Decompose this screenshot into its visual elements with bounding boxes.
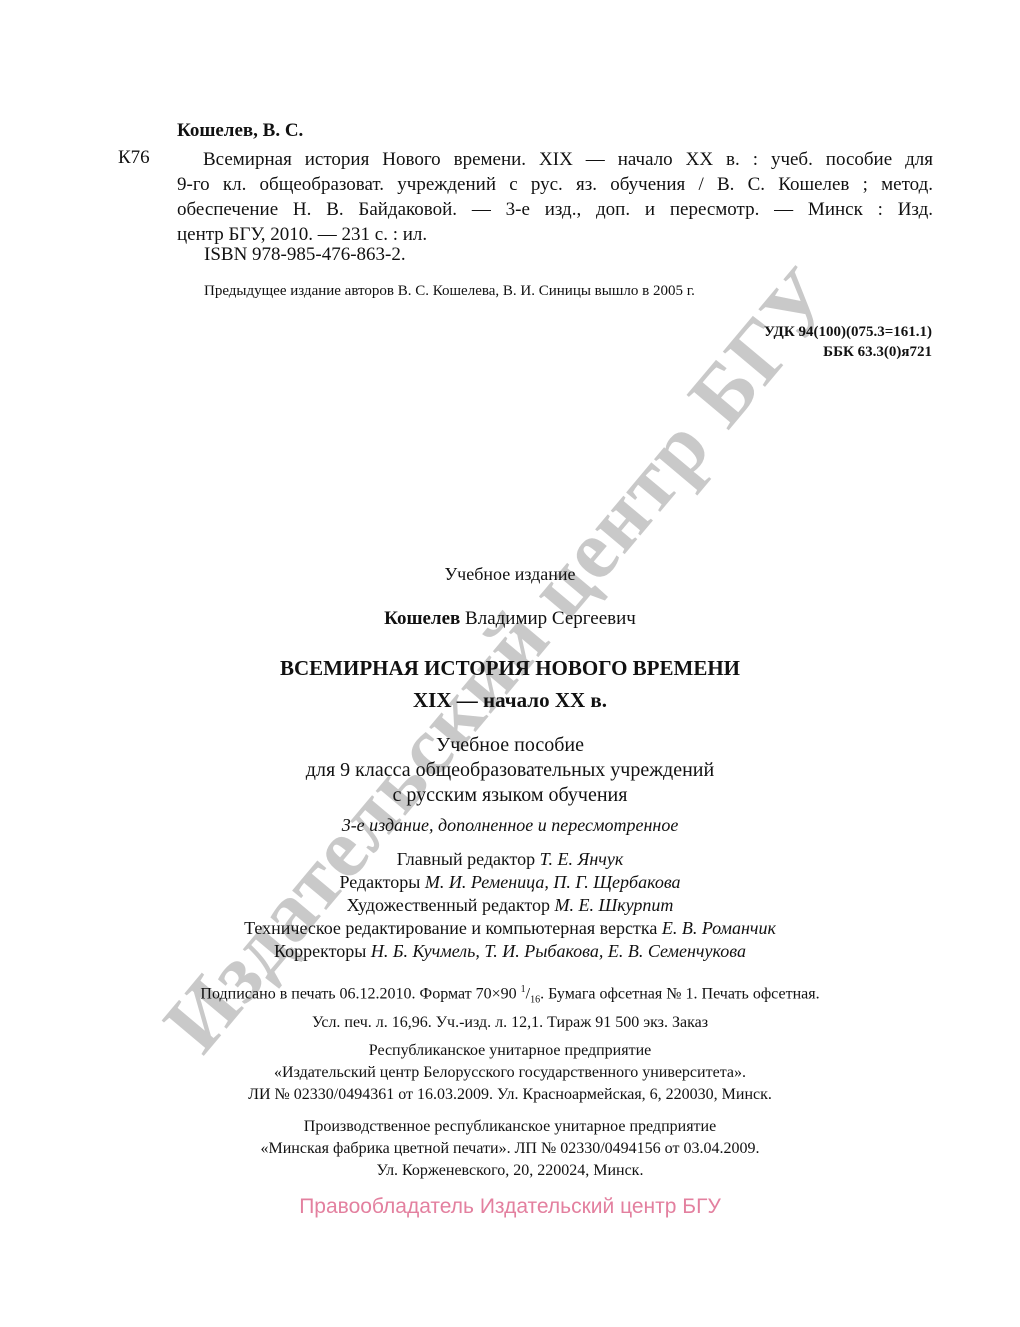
print-paper: . Бумага офсетная № 1. Печать офсетная. [540, 985, 819, 1002]
fraction-numerator: 1 [521, 984, 526, 995]
printer-line: Производственное республиканское унитарн… [0, 1116, 1020, 1138]
edition-type: Учебное издание [0, 564, 1020, 585]
book-purpose: Учебное пособие для 9 класса общеобразов… [0, 733, 1020, 808]
purpose-line: Учебное пособие [0, 733, 1020, 758]
fraction-denominator: 16 [530, 995, 540, 1006]
print-format: Подписано в печать 06.12.2010. Формат 70… [200, 985, 516, 1002]
publisher-line: «Издательский центр Белорусского государ… [0, 1062, 1020, 1084]
printer-line: Ул. Корженевского, 20, 220024, Минск. [0, 1160, 1020, 1182]
credit-names: М. И. Ременица, П. Г. Щербакова [425, 872, 681, 892]
page: Кошелев, В. С. К76 Всемирная история Нов… [0, 0, 1020, 1327]
credit-role: Редакторы [339, 872, 420, 892]
purpose-line: для 9 класса общеобразовательных учрежде… [0, 758, 1020, 783]
publisher-info: Республиканское унитарное предприятие «И… [0, 1040, 1020, 1106]
printer-info: Производственное республиканское унитарн… [0, 1116, 1020, 1182]
book-subtitle: XIX — начало XX в. [0, 688, 1020, 713]
rights-holder-footer: Правообладатель Издательский центр БГУ [0, 1195, 1020, 1219]
isbn: ISBN 978-985-476-863-2. [204, 244, 406, 266]
credit-names: Н. Б. Кучмель, Т. И. Рыбакова, Е. В. Сем… [371, 941, 746, 961]
edition-note: 3-е издание, дополненное и пересмотренно… [0, 815, 1020, 836]
print-line: Усл. печ. л. 16,96. Уч.-изд. л. 12,1. Ти… [0, 1012, 1020, 1034]
credit-line: Техническое редактирование и компьютерна… [0, 917, 1020, 940]
catalog-line: Всемирная история Нового времени. XIX — … [177, 147, 933, 172]
credit-line: Редакторы М. И. Ременица, П. Г. Щербаков… [0, 871, 1020, 894]
book-title: ВСЕМИРНАЯ ИСТОРИЯ НОВОГО ВРЕМЕНИ [0, 656, 1020, 681]
credit-role: Художественный редактор [347, 895, 550, 915]
credit-names: Е. В. Романчик [662, 918, 776, 938]
publisher-line: ЛИ № 02330/0494361 от 16.03.2009. Ул. Кр… [0, 1084, 1020, 1106]
credit-role: Корректоры [274, 941, 366, 961]
credit-role: Техническое редактирование и компьютерна… [244, 918, 657, 938]
catalog-author-heading: Кошелев, В. С. [177, 120, 303, 142]
credit-names: М. Е. Шкурпит [554, 895, 673, 915]
author-last-name: Кошелев [384, 608, 460, 629]
credit-line: Главный редактор Т. Е. Янчук [0, 848, 1020, 871]
credit-line: Художественный редактор М. Е. Шкурпит [0, 894, 1020, 917]
print-line: Подписано в печать 06.12.2010. Формат 70… [0, 979, 1020, 1012]
printer-line: «Минская фабрика цветной печати». ЛП № 0… [0, 1138, 1020, 1160]
purpose-line: с русским языком обучения [0, 783, 1020, 808]
publisher-line: Республиканское унитарное предприятие [0, 1040, 1020, 1062]
catalog-code: К76 [118, 147, 150, 169]
author-full-name: Кошелев Владимир Сергеевич [0, 608, 1020, 630]
previous-edition-note: Предыдущее издание авторов В. С. Кошелев… [204, 283, 695, 300]
print-details: Подписано в печать 06.12.2010. Формат 70… [0, 979, 1020, 1034]
credit-names: Т. Е. Янчук [540, 849, 624, 869]
bbk-code: ББК 63.3(0)я721 [764, 342, 932, 362]
classification-codes: УДК 94(100)(075.3=161.1) ББК 63.3(0)я721 [764, 322, 932, 362]
author-first-names: Владимир Сергеевич [465, 608, 636, 629]
credit-role: Главный редактор [397, 849, 535, 869]
credits: Главный редактор Т. Е. Янчук Редакторы М… [0, 848, 1020, 963]
catalog-description: Всемирная история Нового времени. XIX — … [177, 147, 933, 247]
udk-code: УДК 94(100)(075.3=161.1) [764, 322, 932, 342]
credit-line: Корректоры Н. Б. Кучмель, Т. И. Рыбакова… [0, 940, 1020, 963]
catalog-line: 9-го кл. общеобразоват. учреждений с рус… [177, 172, 933, 197]
catalog-line: обеспечение Н. В. Байдаковой. — 3-е изд.… [177, 197, 933, 222]
